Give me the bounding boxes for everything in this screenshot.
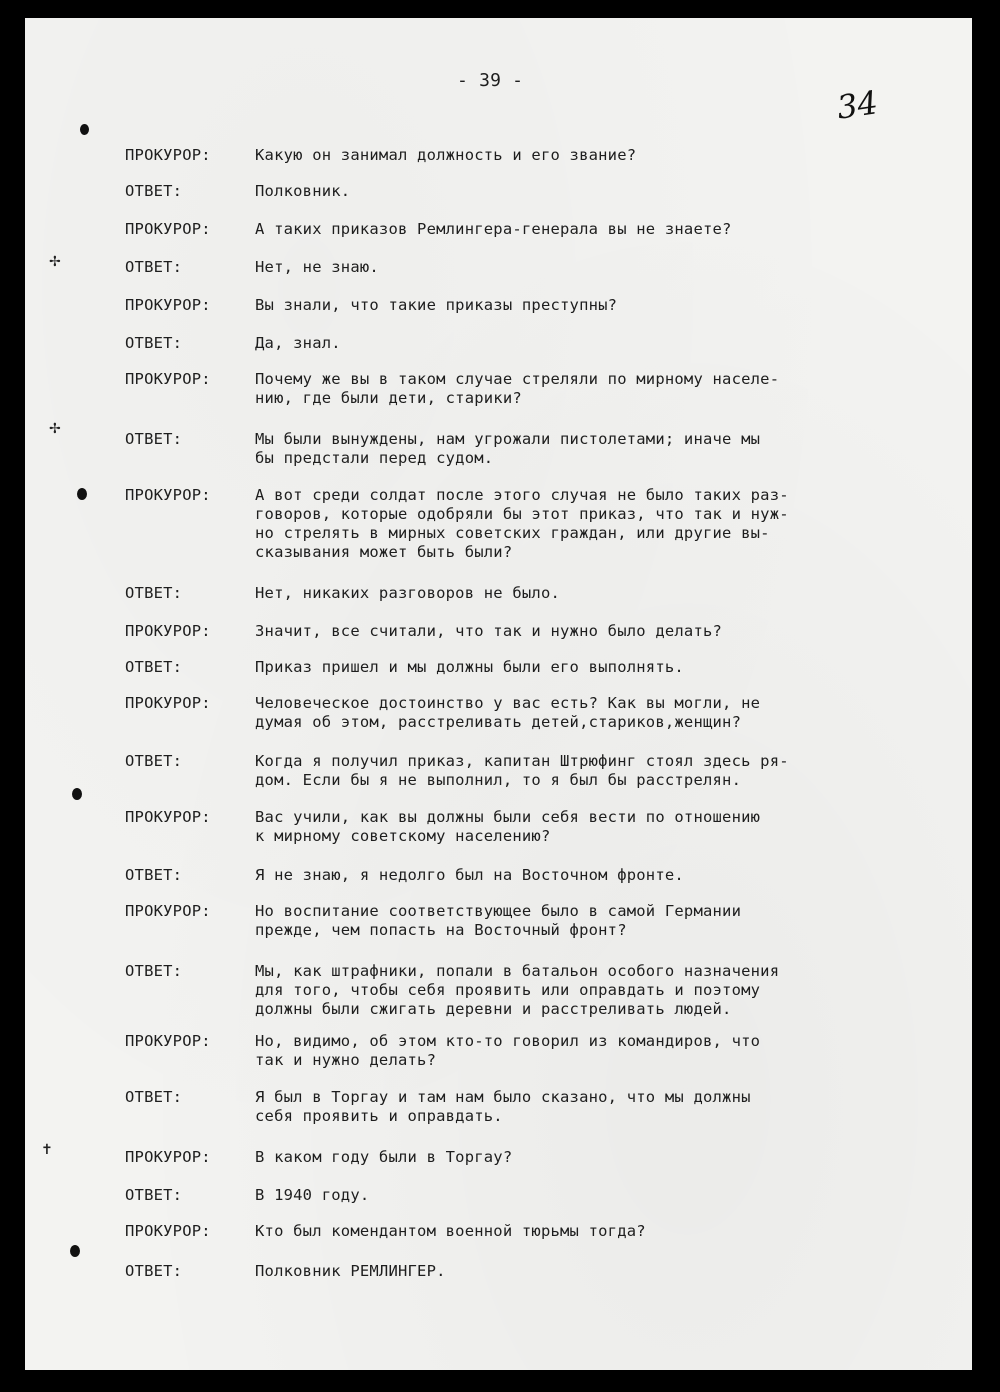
speaker-label: ПРОКУРОР: [125,1032,255,1050]
speaker-label: ОТВЕТ: [125,1262,255,1280]
speech-text: В каком году были в Торгау? [255,1148,965,1167]
speaker-label: ОТВЕТ: [125,182,255,200]
page-number: - 39 - [457,70,523,91]
prosecutor-question: ПРОКУРОР:А таких приказов Ремлингера-ген… [125,220,965,239]
prosecutor-question: ПРОКУРОР:Значит, все считали, что так и … [125,622,965,641]
punch-hole-mark [77,488,87,500]
speaker-label: ОТВЕТ: [125,334,255,352]
speech-text: Я не знаю, я недолго был на Восточном фр… [255,866,965,885]
speaker-label: ОТВЕТ: [125,584,255,602]
speech-text: Нет, не знаю. [255,258,965,277]
speaker-label: ПРОКУРОР: [125,694,255,712]
speech-text: Да, знал. [255,334,965,353]
document-page: - 39 - 34 ✢ ✢ ✝ ПРОКУРОР:Какую он занима… [25,18,972,1370]
speaker-label: ОТВЕТ: [125,430,255,448]
speech-text: Но, видимо, об этом кто-то говорил из ко… [255,1032,965,1070]
speaker-label: ПРОКУРОР: [125,1148,255,1166]
speech-text: Когда я получил приказ, капитан Штрюфинг… [255,752,965,790]
speaker-label: ОТВЕТ: [125,1088,255,1106]
speech-text: Почему же вы в таком случае стреляли по … [255,370,965,408]
defendant-answer: ОТВЕТ:Мы были вынуждены, нам угрожали пи… [125,430,965,468]
speaker-label: ПРОКУРОР: [125,1222,255,1240]
prosecutor-question: ПРОКУРОР:Кто был комендантом военной тюр… [125,1222,965,1241]
speech-text: Приказ пришел и мы должны были его выпол… [255,658,965,677]
defendant-answer: ОТВЕТ:Когда я получил приказ, капитан Шт… [125,752,965,790]
prosecutor-question: ПРОКУРОР:А вот среди солдат после этого … [125,486,965,562]
speech-text: Полковник. [255,182,965,201]
speech-text: Мы были вынуждены, нам угрожали пистолет… [255,430,965,468]
speech-text: Какую он занимал должность и его звание? [255,146,965,165]
speech-text: Значит, все считали, что так и нужно был… [255,622,965,641]
prosecutor-question: ПРОКУРОР:Но воспитание соответствующее б… [125,902,965,940]
speech-text: А вот среди солдат после этого случая не… [255,486,965,562]
margin-tick-mark: ✝ [41,1142,53,1158]
prosecutor-question: ПРОКУРОР:Какую он занимал должность и ег… [125,146,965,165]
speech-text: Кто был комендантом военной тюрьмы тогда… [255,1222,965,1241]
speaker-label: ОТВЕТ: [125,658,255,676]
speaker-label: ПРОКУРОР: [125,296,255,314]
defendant-answer: ОТВЕТ:Полковник РЕМЛИНГЕР. [125,1262,965,1281]
prosecutor-question: ПРОКУРОР:Но, видимо, об этом кто-то гово… [125,1032,965,1070]
speech-text: А таких приказов Ремлингера-генерала вы … [255,220,965,239]
defendant-answer: ОТВЕТ:Нет, никаких разговоров не было. [125,584,965,603]
punch-hole-mark [70,1245,80,1257]
prosecutor-question: ПРОКУРОР:В каком году были в Торгау? [125,1148,965,1167]
speech-text: В 1940 году. [255,1186,965,1205]
speaker-label: ПРОКУРОР: [125,486,255,504]
margin-tick-mark: ✢ [49,421,61,437]
speech-text: Но воспитание соответствующее было в сам… [255,902,965,940]
speaker-label: ОТВЕТ: [125,258,255,276]
speaker-label: ПРОКУРОР: [125,622,255,640]
speaker-label: ОТВЕТ: [125,962,255,980]
prosecutor-question: ПРОКУРОР:Человеческое достоинство у вас … [125,694,965,732]
speaker-label: ОТВЕТ: [125,1186,255,1204]
margin-tick-mark: ✢ [49,254,61,270]
defendant-answer: ОТВЕТ:Нет, не знаю. [125,258,965,277]
speaker-label: ПРОКУРОР: [125,808,255,826]
prosecutor-question: ПРОКУРОР:Вас учили, как вы должны были с… [125,808,965,846]
speaker-label: ПРОКУРОР: [125,370,255,388]
defendant-answer: ОТВЕТ:Я был в Торгау и там нам было сказ… [125,1088,965,1126]
defendant-answer: ОТВЕТ:Да, знал. [125,334,965,353]
speaker-label: ПРОКУРОР: [125,220,255,238]
defendant-answer: ОТВЕТ:В 1940 году. [125,1186,965,1205]
punch-hole-mark [80,124,89,135]
speech-text: Вы знали, что такие приказы преступны? [255,296,965,315]
speech-text: Нет, никаких разговоров не было. [255,584,965,603]
speech-text: Полковник РЕМЛИНГЕР. [255,1262,965,1281]
speaker-label: ПРОКУРОР: [125,146,255,164]
prosecutor-question: ПРОКУРОР:Почему же вы в таком случае стр… [125,370,965,408]
speech-text: Человеческое достоинство у вас есть? Как… [255,694,965,732]
speech-text: Вас учили, как вы должны были себя вести… [255,808,965,846]
defendant-answer: ОТВЕТ:Приказ пришел и мы должны были его… [125,658,965,677]
handwritten-folio-number: 34 [835,83,881,126]
speech-text: Я был в Торгау и там нам было сказано, ч… [255,1088,965,1126]
speaker-label: ПРОКУРОР: [125,902,255,920]
speaker-label: ОТВЕТ: [125,866,255,884]
prosecutor-question: ПРОКУРОР:Вы знали, что такие приказы пре… [125,296,965,315]
defendant-answer: ОТВЕТ:Я не знаю, я недолго был на Восточ… [125,866,965,885]
punch-hole-mark [72,788,82,800]
defendant-answer: ОТВЕТ:Полковник. [125,182,965,201]
defendant-answer: ОТВЕТ:Мы, как штрафники, попали в баталь… [125,962,965,1019]
speech-text: Мы, как штрафники, попали в батальон осо… [255,962,965,1019]
speaker-label: ОТВЕТ: [125,752,255,770]
